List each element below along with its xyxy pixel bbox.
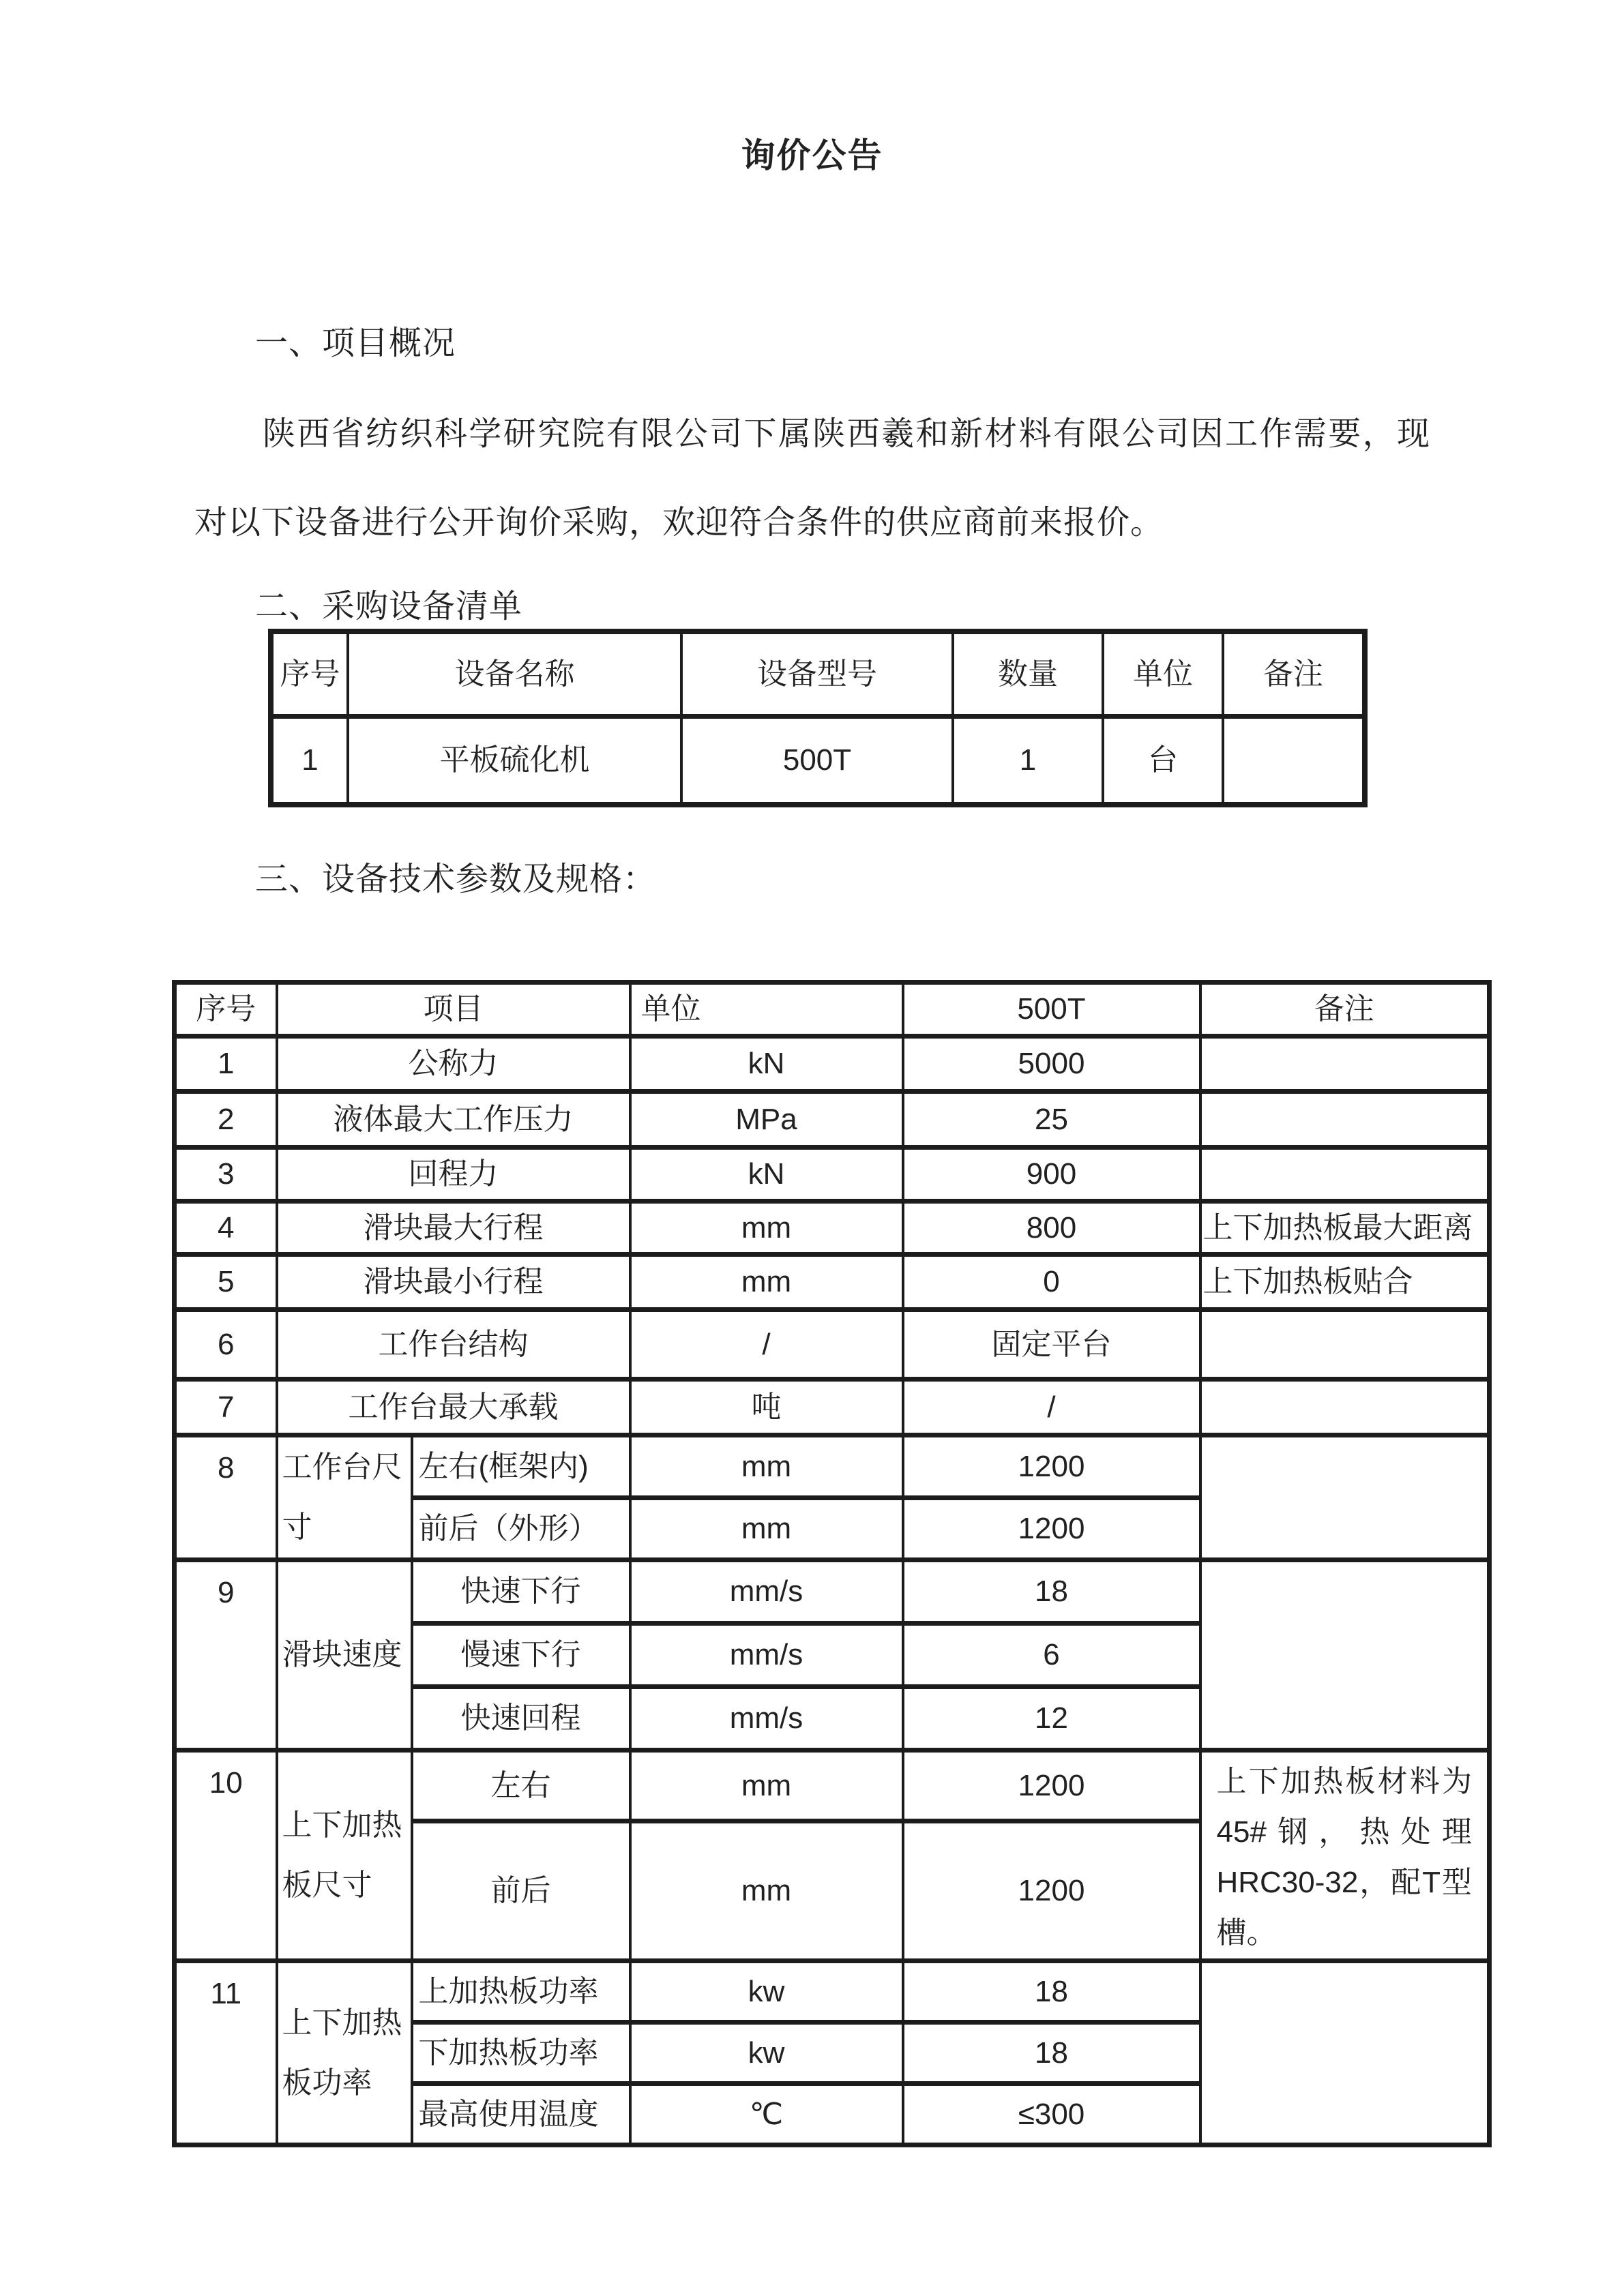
table-cell: mm/s <box>630 1687 903 1750</box>
table-cell <box>1200 1037 1490 1092</box>
column-header: 单位 <box>1103 631 1223 716</box>
column-header: 单位 <box>630 983 903 1037</box>
table-cell: 下加热板功率 <box>412 2023 630 2084</box>
table-cell: 上下加热板功率 <box>277 1961 412 2145</box>
table-cell: 上下加热板最大距离 <box>1200 1202 1490 1255</box>
spec-row: 6 工作台结构 / 固定平台 <box>175 1310 1490 1380</box>
spec-row: 1 公称力 kN 5000 <box>175 1037 1490 1092</box>
table-cell: mm/s <box>630 1560 903 1624</box>
column-header: 备注 <box>1223 631 1365 716</box>
table-cell: kN <box>630 1037 903 1092</box>
table-cell <box>1223 716 1365 805</box>
table-cell: 快速回程 <box>412 1687 630 1750</box>
table-cell: 800 <box>903 1202 1200 1255</box>
spec-row: 5 滑块最小行程 mm 0 上下加热板贴合 <box>175 1255 1490 1310</box>
table-cell: ℃ <box>630 2084 903 2145</box>
table-cell: 9 <box>175 1560 277 1750</box>
table-cell: 12 <box>903 1687 1200 1750</box>
spec-row-group: 10 上下加热板尺寸 左右 mm 1200 上下加热板材料为45#钢，热处理HR… <box>175 1750 1490 1821</box>
table-cell: 2 <box>175 1092 277 1148</box>
table-cell: kN <box>630 1148 903 1202</box>
table-cell: 500T <box>681 716 953 805</box>
table-cell: 25 <box>903 1092 1200 1148</box>
table-cell: 1200 <box>903 1821 1200 1960</box>
table-cell: 滑块速度 <box>277 1560 412 1750</box>
column-header: 序号 <box>175 983 277 1037</box>
table-cell: 回程力 <box>277 1148 630 1202</box>
table-cell: ≤300 <box>903 2084 1200 2145</box>
column-header: 设备名称 <box>348 631 681 716</box>
table-cell: / <box>903 1380 1200 1435</box>
table-cell: 上下加热板材料为45#钢，热处理HRC30-32，配T型槽。 <box>1200 1750 1490 1961</box>
spec-row-group: 8 工作台尺寸 左右(框架内) mm 1200 <box>175 1435 1490 1498</box>
table-cell: 1200 <box>903 1497 1200 1560</box>
table-cell: kw <box>630 1961 903 2023</box>
intro-paragraph: 陕西省纺织科学研究院有限公司下属陕西羲和新材料有限公司因工作需要，现对以下设备进… <box>194 390 1430 567</box>
equipment-table-header-row: 序号 设备名称 设备型号 数量 单位 备注 <box>271 631 1365 716</box>
column-header: 设备型号 <box>681 631 953 716</box>
table-cell: 慢速下行 <box>412 1624 630 1687</box>
table-cell: 1 <box>953 716 1103 805</box>
column-header: 项目 <box>277 983 630 1037</box>
spec-table-header-row: 序号 项目 单位 500T 备注 <box>175 983 1490 1037</box>
spec-row: 3 回程力 kN 900 <box>175 1148 1490 1202</box>
table-cell: 18 <box>903 2023 1200 2084</box>
table-cell: 左右(框架内) <box>412 1435 630 1498</box>
spec-table: 序号 项目 单位 500T 备注 1 公称力 kN 5000 2 液体最大工作压… <box>172 980 1492 2147</box>
table-cell: 6 <box>903 1624 1200 1687</box>
table-cell: 8 <box>175 1435 277 1560</box>
table-cell <box>1200 1435 1490 1560</box>
table-cell: 18 <box>903 1560 1200 1624</box>
table-cell: kw <box>630 2023 903 2084</box>
table-cell: 5 <box>175 1255 277 1310</box>
table-cell: 台 <box>1103 716 1223 805</box>
table-cell: 1 <box>271 716 348 805</box>
spec-row-group: 11 上下加热板功率 上加热板功率 kw 18 <box>175 1961 1490 2023</box>
equipment-table: 序号 设备名称 设备型号 数量 单位 备注 1 平板硫化机 500T 1 台 <box>268 629 1368 807</box>
table-cell: 6 <box>175 1310 277 1380</box>
table-cell: mm <box>630 1497 903 1560</box>
table-cell: 1200 <box>903 1435 1200 1498</box>
table-cell: MPa <box>630 1092 903 1148</box>
table-cell: mm <box>630 1435 903 1498</box>
spec-row-group: 9 滑块速度 快速下行 mm/s 18 <box>175 1560 1490 1624</box>
table-cell: 上下加热板贴合 <box>1200 1255 1490 1310</box>
spec-row: 4 滑块最大行程 mm 800 上下加热板最大距离 <box>175 1202 1490 1255</box>
doc-title: 询价公告 <box>0 127 1624 184</box>
table-cell: 前后（外形） <box>412 1497 630 1560</box>
table-cell: mm <box>630 1255 903 1310</box>
table-cell: 工作台尺寸 <box>277 1435 412 1560</box>
section-heading-equipment: 二、采购设备清单 <box>255 582 522 631</box>
table-cell: 快速下行 <box>412 1560 630 1624</box>
table-cell: 7 <box>175 1380 277 1435</box>
table-cell: 滑块最小行程 <box>277 1255 630 1310</box>
table-cell: mm <box>630 1821 903 1960</box>
spec-row: 2 液体最大工作压力 MPa 25 <box>175 1092 1490 1148</box>
table-cell: 公称力 <box>277 1037 630 1092</box>
table-cell <box>1200 1380 1490 1435</box>
table-cell: 上加热板功率 <box>412 1961 630 2023</box>
table-cell: 上下加热板尺寸 <box>277 1750 412 1961</box>
table-cell: 18 <box>903 1961 1200 2023</box>
table-cell: 固定平台 <box>903 1310 1200 1380</box>
table-cell <box>1200 1961 1490 2145</box>
table-cell: 工作台最大承载 <box>277 1380 630 1435</box>
table-cell: 液体最大工作压力 <box>277 1092 630 1148</box>
table-cell: 1200 <box>903 1750 1200 1821</box>
table-cell: 工作台结构 <box>277 1310 630 1380</box>
table-cell: mm <box>630 1202 903 1255</box>
document-page: 询价公告 一、项目概况 陕西省纺织科学研究院有限公司下属陕西羲和新材料有限公司因… <box>0 0 1624 2296</box>
table-cell: 左右 <box>412 1750 630 1821</box>
section-heading-spec: 三、设备技术参数及规格： <box>255 855 656 904</box>
column-header: 数量 <box>953 631 1103 716</box>
table-cell: 吨 <box>630 1380 903 1435</box>
table-cell: 滑块最大行程 <box>277 1202 630 1255</box>
table-cell: 4 <box>175 1202 277 1255</box>
table-cell: 1 <box>175 1037 277 1092</box>
column-header: 备注 <box>1200 983 1490 1037</box>
table-cell: 10 <box>175 1750 277 1961</box>
table-cell: / <box>630 1310 903 1380</box>
table-cell <box>1200 1310 1490 1380</box>
table-cell: mm <box>630 1750 903 1821</box>
table-cell <box>1200 1148 1490 1202</box>
table-cell <box>1200 1092 1490 1148</box>
spec-row: 7 工作台最大承载 吨 / <box>175 1380 1490 1435</box>
section-heading-overview: 一、项目概况 <box>255 319 456 368</box>
table-cell: 最高使用温度 <box>412 2084 630 2145</box>
table-cell <box>1200 1560 1490 1750</box>
column-header: 500T <box>903 983 1200 1037</box>
table-cell: 900 <box>903 1148 1200 1202</box>
column-header: 序号 <box>271 631 348 716</box>
table-cell: 0 <box>903 1255 1200 1310</box>
table-cell: 平板硫化机 <box>348 716 681 805</box>
equipment-table-row: 1 平板硫化机 500T 1 台 <box>271 716 1365 805</box>
table-cell: 3 <box>175 1148 277 1202</box>
table-cell: 前后 <box>412 1821 630 1960</box>
table-cell: mm/s <box>630 1624 903 1687</box>
table-cell: 5000 <box>903 1037 1200 1092</box>
table-cell: 11 <box>175 1961 277 2145</box>
